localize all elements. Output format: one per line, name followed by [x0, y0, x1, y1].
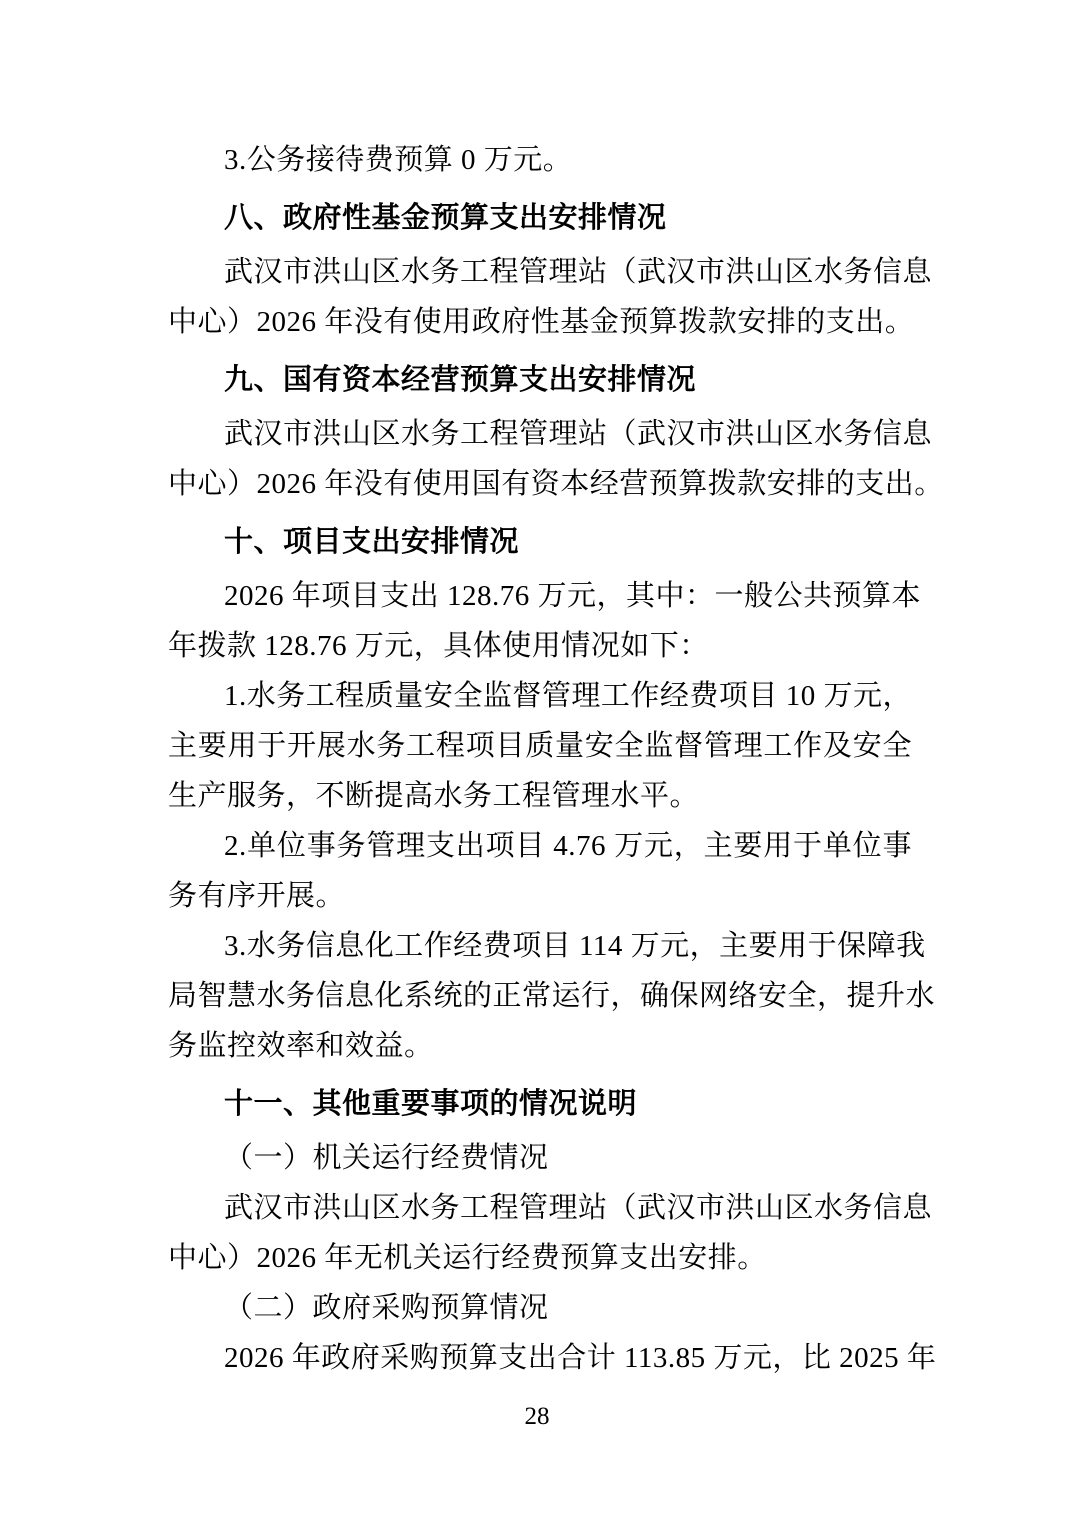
heading-section-9: 九、国有资本经营预算支出安排情况 — [168, 355, 912, 405]
text-line: 中心）2026 年无机关运行经费预算支出安排。 — [168, 1233, 912, 1283]
text-line: 3.水务信息化工作经费项目 114 万元，主要用于保障我 — [168, 921, 912, 971]
document-body: 3.公务接待费预算 0 万元。 八、政府性基金预算支出安排情况 武汉市洪山区水务… — [168, 135, 912, 1383]
heading-section-11: 十一、其他重要事项的情况说明 — [168, 1079, 912, 1129]
text-line: 中心）2026 年没有使用国有资本经营预算拨款安排的支出。 — [168, 459, 912, 509]
text-line: 2026 年政府采购预算支出合计 113.85 万元，比 2025 年 — [168, 1333, 912, 1383]
heading-section-8: 八、政府性基金预算支出安排情况 — [168, 193, 912, 243]
text-line: 中心）2026 年没有使用政府性基金预算拨款安排的支出。 — [168, 297, 912, 347]
document-page: 3.公务接待费预算 0 万元。 八、政府性基金预算支出安排情况 武汉市洪山区水务… — [0, 0, 1074, 1520]
text-line: 武汉市洪山区水务工程管理站（武汉市洪山区水务信息 — [168, 1183, 912, 1233]
text-line: 2026 年项目支出 128.76 万元，其中：一般公共预算本 — [168, 571, 912, 621]
text-line: 务有序开展。 — [168, 871, 912, 921]
heading-section-10: 十、项目支出安排情况 — [168, 517, 912, 567]
text-line: 主要用于开展水务工程项目质量安全监督管理工作及安全 — [168, 721, 912, 771]
page-number: 28 — [525, 1403, 550, 1430]
text-line: 年拨款 128.76 万元，具体使用情况如下： — [168, 621, 912, 671]
text-line: （一）机关运行经费情况 — [168, 1133, 912, 1183]
text-line: 3.公务接待费预算 0 万元。 — [168, 135, 912, 185]
text-line: （二）政府采购预算情况 — [168, 1283, 912, 1333]
text-line: 2.单位事务管理支出项目 4.76 万元，主要用于单位事 — [168, 821, 912, 871]
page-footer: 28 — [0, 1402, 1074, 1432]
text-line: 武汉市洪山区水务工程管理站（武汉市洪山区水务信息 — [168, 409, 912, 459]
text-line: 武汉市洪山区水务工程管理站（武汉市洪山区水务信息 — [168, 247, 912, 297]
text-line: 务监控效率和效益。 — [168, 1021, 912, 1071]
text-line: 局智慧水务信息化系统的正常运行，确保网络安全，提升水 — [168, 971, 912, 1021]
text-line: 生产服务，不断提高水务工程管理水平。 — [168, 771, 912, 821]
text-line: 1.水务工程质量安全监督管理工作经费项目 10 万元， — [168, 671, 912, 721]
